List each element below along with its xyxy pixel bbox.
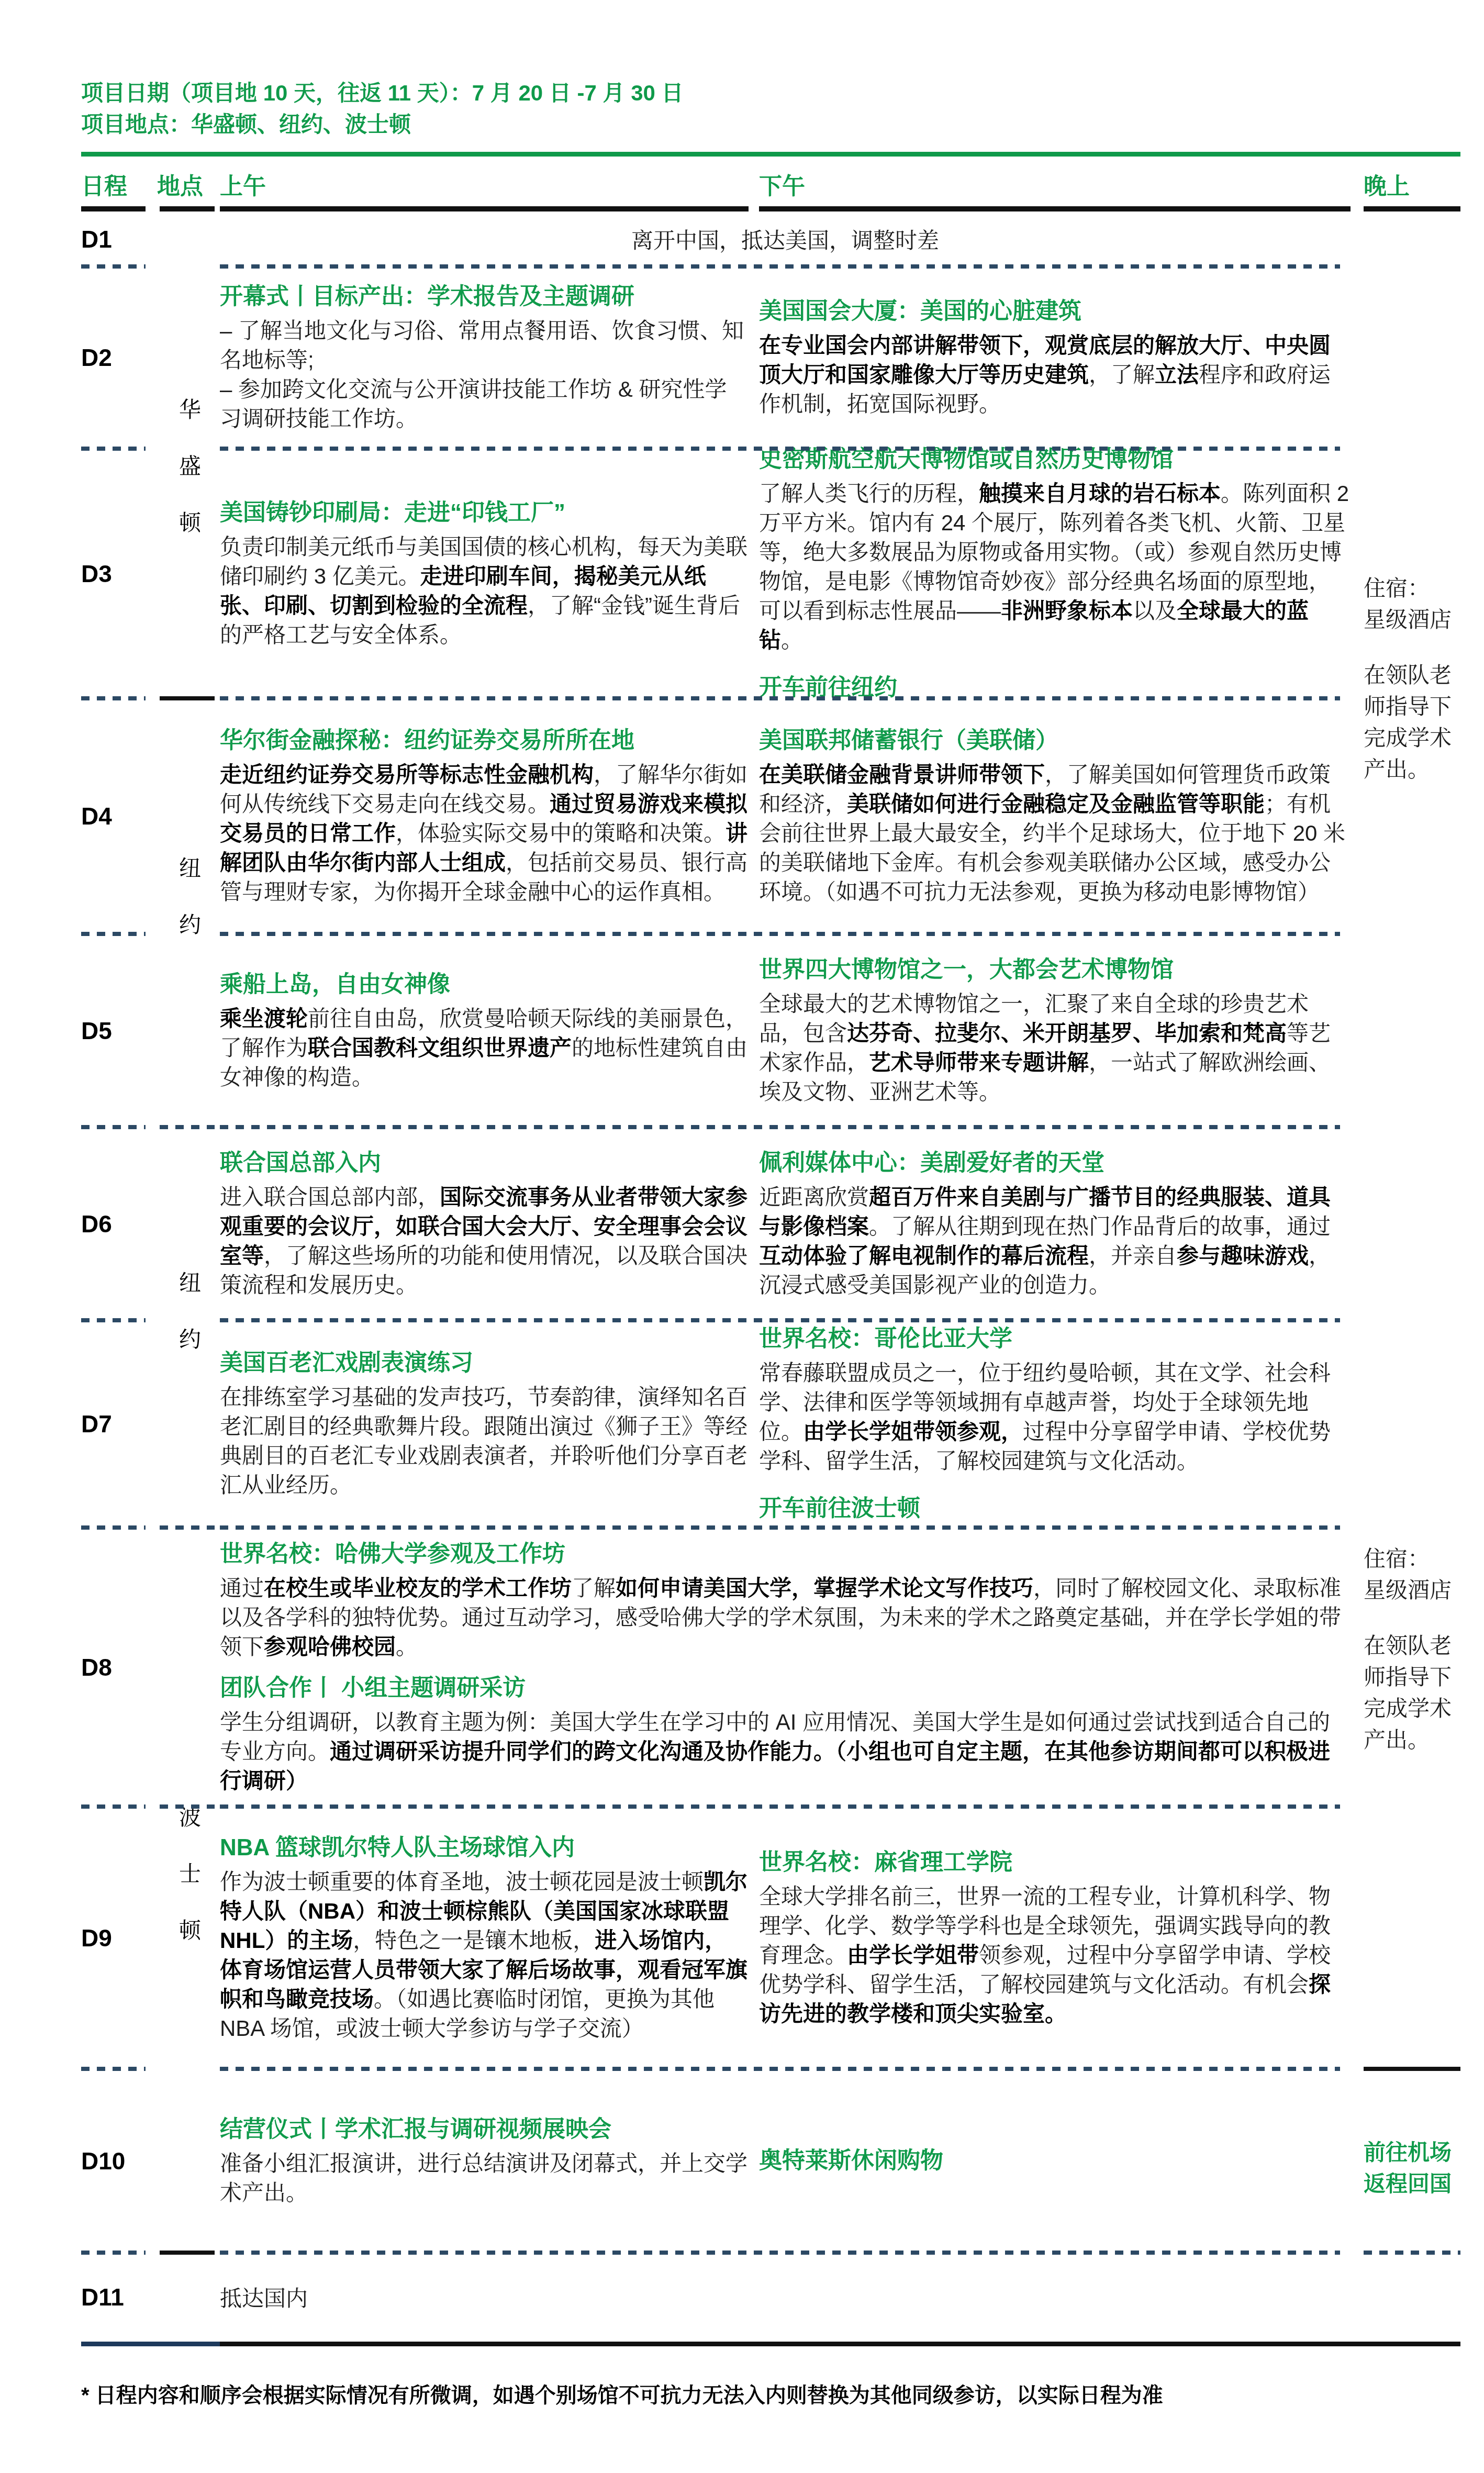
activity-title: 世界名校：哥伦比亚大学 <box>759 1324 1351 1354</box>
activity-body: 学生分组调研，以教育主题为例：美国大学生在学习中的 AI 应用情况、美国大学生是… <box>220 1708 1351 1796</box>
activity-body: 在专业国会内部讲解带领下，观赏底层的解放大厅、中央圆顶大厅和国家雕像大厅等历史建… <box>759 331 1351 419</box>
paragraph: – 参加跨文化交流与公开演讲技能工作坊 & 研究性学习调研技能工作坊。 <box>220 375 749 433</box>
d6-morning-cell: 联合国总部入内 进入联合国总部内部，国际交流事务从业者带领大家参观重要的会议厅，… <box>220 1127 749 1320</box>
lodging-note: 住宿：星级酒店 <box>1364 573 1460 636</box>
d3-afternoon-cell: 史密斯航空航天博物馆或自然历史博物馆 了解人类飞行的历程，触摸来自月球的岩石标本… <box>759 449 1351 698</box>
dash-segment <box>220 447 1340 451</box>
activity-body: 乘坐渡轮前往自由岛，欣赏曼哈顿天际线的美丽景色，了解作为联合国教科文组织世界遗产… <box>220 1004 749 1092</box>
day-label-d10: D10 <box>81 2069 157 2253</box>
table-body: D1 D2 D3 D4 D5 D6 D7 D8 D9 D10 D11 华盛顿 纽… <box>81 211 1460 2342</box>
location-label: 纽约 <box>177 856 199 970</box>
dash-segment <box>1364 2251 1460 2255</box>
paragraph: – 了解当地文化与习俗、常用点餐用语、饮食习惯、知名地标等; <box>220 316 749 375</box>
day-label-d9: D9 <box>81 1807 157 2069</box>
row-separator-d3-d4 <box>81 696 1460 700</box>
activity-title: 美国百老汇戏剧表演练习 <box>220 1348 749 1378</box>
location-group-divider <box>160 696 215 700</box>
dash-segment <box>81 2067 146 2071</box>
activity-body: 常春藤联盟成员之一，位于纽约曼哈顿，其在文学、社会科学、法律和医学等领域拥有卓越… <box>759 1358 1351 1476</box>
day-label-d6: D6 <box>81 1127 157 1320</box>
activity-title: 团队合作丨 小组主题调研采访 <box>220 1673 1351 1703</box>
d9-morning-cell: NBA 篮球凯尔特人队主场球馆入内 作为波士顿重要的体育圣地，波士顿花园是波士顿… <box>220 1807 749 2069</box>
column-header-day: 日程 <box>81 168 157 201</box>
d5-morning-cell: 乘船上岛，自由女神像 乘坐渡轮前往自由岛，欣赏曼哈顿天际线的美丽景色，了解作为联… <box>220 934 749 1127</box>
dash-segment <box>160 1804 215 1809</box>
dash-segment <box>81 1125 146 1129</box>
row-separator-d8-d9 <box>81 1804 1460 1809</box>
activity-title: 美国铸钞印刷局：走进“印钱工厂” <box>220 498 749 528</box>
table-top-rule <box>81 152 1460 157</box>
day-label-d7: D7 <box>81 1320 157 1528</box>
dash-segment <box>160 1125 215 1129</box>
evening-block-d2-d7: 住宿：星级酒店 在领队老师指导下完成学术产出。 <box>1364 266 1460 1528</box>
d2-morning-cell: 开幕式丨目标产出：学术报告及主题调研 – 了解当地文化与习俗、常用点餐用语、饮食… <box>220 266 749 449</box>
column-header-location: 地点 <box>157 168 220 201</box>
itinerary-table: 日程 地点 上午 下午 晚上 D1 D2 D3 D4 D5 D6 D7 D8 D… <box>81 152 1460 2346</box>
d6-afternoon-cell: 佩利媒体中心：美剧爱好者的天堂 近距离欣赏超百万件来自美剧与广播节目的经典服装、… <box>759 1127 1351 1320</box>
airport-transfer-note: 前往机场返程回国 <box>1364 2137 1460 2200</box>
dash-segment <box>220 932 1340 936</box>
dash-segment <box>160 1525 215 1530</box>
day-label-d8: D8 <box>81 1528 157 1807</box>
day-label-d4: D4 <box>81 698 157 934</box>
dash-segment <box>81 264 146 269</box>
column-header-afternoon: 下午 <box>759 168 1351 201</box>
activity-title: 佩利媒体中心：美剧爱好者的天堂 <box>759 1148 1351 1178</box>
activity-body: 进入联合国总部内部，国际交流事务从业者带领大家参观重要的会议厅，如联合国大会大厅… <box>220 1183 749 1300</box>
paragraph: 全球大学排名前三，世界一流的工程专业，计算机科学、物理学、化学、数学等学科也是全… <box>759 1882 1351 2029</box>
header-underline-day <box>81 206 146 211</box>
d4-morning-cell: 华尔街金融探秘：纽约证券交易所所在地 走近纽约证券交易所等标志性金融机构，了解华… <box>220 698 749 934</box>
paragraph: 作为波士顿重要的体育圣地，波士顿花园是波士顿凯尔特人队（NBA）和波士顿棕熊队（… <box>220 1867 749 2043</box>
activity-title: 奥特莱斯休闲购物 <box>759 2146 1351 2176</box>
activity-body: 作为波士顿重要的体育圣地，波士顿花园是波士顿凯尔特人队（NBA）和波士顿棕熊队（… <box>220 1867 749 2043</box>
location-label: 纽约 <box>177 1271 199 1384</box>
evening-group-divider <box>1364 2067 1460 2071</box>
activity-title: 世界四大博物馆之一，大都会艺术博物馆 <box>759 955 1351 985</box>
paragraph: 了解人类飞行的历程，触摸来自月球的岩石标本。陈列面积 2 万平方米。馆内有 24… <box>759 479 1351 655</box>
project-locations: 项目地点：华盛顿、纽约、波士顿 <box>81 109 684 140</box>
location-group-washington: 华盛顿 <box>157 266 220 698</box>
d7-afternoon-cell: 世界名校：哥伦比亚大学 常春藤联盟成员之一，位于纽约曼哈顿，其在文学、社会科学、… <box>759 1320 1351 1528</box>
bottom-rule-left <box>81 2342 220 2346</box>
day-label-d2: D2 <box>81 266 157 449</box>
activity-body: 在排练室学习基础的发声技巧，节奏韵律，演绎知名百老汇剧目的经典歌舞片段。跟随出演… <box>220 1383 749 1500</box>
dash-segment <box>81 696 146 700</box>
day-label-d11: D11 <box>81 2253 157 2342</box>
column-header-morning: 上午 <box>220 168 749 201</box>
paragraph: 通过在校生或毕业校友的学术工作坊了解如何申请美国大学，掌握学术论文写作技巧，同时… <box>220 1574 1351 1662</box>
activity-title: 美国国会大厦：美国的心脏建筑 <box>759 296 1351 327</box>
project-dates: 项目日期（项目地 10 天，往返 11 天）：7 月 20 日 -7 月 30 … <box>81 77 684 109</box>
d10-afternoon-cell: 奥特莱斯休闲购物 <box>759 2069 1351 2253</box>
activity-title: NBA 篮球凯尔特人队主场球馆入内 <box>220 1833 749 1863</box>
paragraph: 学生分组调研，以教育主题为例：美国大学生在学习中的 AI 应用情况、美国大学生是… <box>220 1708 1351 1796</box>
lodging-note: 住宿：星级酒店 <box>1364 1543 1460 1606</box>
dash-segment <box>81 1318 146 1322</box>
table-bottom-rule <box>81 2342 1460 2346</box>
header-underline-afternoon <box>759 206 1351 211</box>
d2-afternoon-cell: 美国国会大厦：美国的心脏建筑 在专业国会内部讲解带领下，观赏底层的解放大厅、中央… <box>759 266 1351 449</box>
evening-block-d8-d9: 住宿：星级酒店 在领队老师指导下完成学术产出。 <box>1364 1528 1460 2069</box>
paragraph: 在专业国会内部讲解带领下，观赏底层的解放大厅、中央圆顶大厅和国家雕像大厅等历史建… <box>759 331 1351 419</box>
row-separator-d5-d6 <box>81 1125 1460 1129</box>
academic-output-note: 在领队老师指导下完成学术产出。 <box>1364 660 1460 785</box>
activity-title: 开幕式丨目标产出：学术报告及主题调研 <box>220 282 749 312</box>
dash-segment <box>220 2251 1340 2255</box>
paragraph: 近距离欣赏超百万件来自美剧与广播节目的经典服装、道具与影像档案。了解从往期到现在… <box>759 1183 1351 1300</box>
paragraph: 走近纽约证券交易所等标志性金融机构，了解华尔街如何从传统线下交易走向在线交易。通… <box>220 760 749 907</box>
activity-title: 联合国总部入内 <box>220 1148 749 1178</box>
paragraph: 常春藤联盟成员之一，位于纽约曼哈顿，其在文学、社会科学、法律和医学等领域拥有卓越… <box>759 1358 1351 1476</box>
row-separator-d4-d5 <box>81 932 1460 936</box>
location-group-boston: 波士顿 <box>157 1528 220 2253</box>
d1-note: 离开中国，抵达美国，调整时差 <box>220 211 1351 266</box>
paragraph: 负责印制美元纸币与美国国债的核心机构，每天为美联储印刷约 3 亿美元。走进印刷车… <box>220 532 749 650</box>
activity-body: 在美联储金融背景讲师带领下，了解美国如何管理货币政策和经济，美联储如何进行金融稳… <box>759 760 1351 907</box>
dash-segment <box>220 1525 1340 1530</box>
paragraph: 进入联合国总部内部，国际交流事务从业者带领大家参观重要的会议厅，如联合国大会大厅… <box>220 1183 749 1300</box>
paragraph: 准备小组汇报演讲，进行总结演讲及闭幕式，并上交学术产出。 <box>220 2149 749 2208</box>
activity-title: 世界名校：麻省理工学院 <box>759 1847 1351 1878</box>
transfer-note: 开车前往波士顿 <box>759 1494 1351 1524</box>
column-header-evening: 晚上 <box>1364 168 1460 201</box>
activity-body: 全球大学排名前三，世界一流的工程专业，计算机科学、物理学、化学、数学等学科也是全… <box>759 1882 1351 2029</box>
activity-body: 通过在校生或毕业校友的学术工作坊了解如何申请美国大学，掌握学术论文写作技巧，同时… <box>220 1574 1351 1662</box>
dash-segment <box>81 932 146 936</box>
dash-segment <box>220 264 1340 269</box>
table-header-row: 日程 地点 上午 下午 晚上 <box>81 157 1460 211</box>
day-label-d3: D3 <box>81 449 157 698</box>
activity-title: 结营仪式丨学术汇报与调研视频展映会 <box>220 2114 749 2145</box>
location-label: 波士顿 <box>177 1806 199 1975</box>
header-underline-morning <box>220 206 749 211</box>
header-underline-location <box>160 206 215 211</box>
row-separator-d9-d10 <box>81 2067 1460 2071</box>
evening-block-d10: 前往机场返程回国 <box>1364 2069 1460 2253</box>
row-separator-d6-d7 <box>81 1318 1460 1322</box>
paragraph: 全球最大的艺术博物馆之一，汇聚了来自全球的珍贵艺术品，包含达芬奇、拉斐尔、米开朗… <box>759 989 1351 1107</box>
activity-body: – 了解当地文化与习俗、常用点餐用语、饮食习惯、知名地标等;– 参加跨文化交流与… <box>220 316 749 433</box>
dash-segment <box>220 696 1340 700</box>
itinerary-document: 项目日期（项目地 10 天，往返 11 天）：7 月 20 日 -7 月 30 … <box>0 0 1484 2473</box>
dash-segment <box>81 2251 146 2255</box>
day-label-d5: D5 <box>81 934 157 1127</box>
document-header: 项目日期（项目地 10 天，往返 11 天）：7 月 20 日 -7 月 30 … <box>81 77 684 140</box>
location-group-newyork-1: 纽约 <box>157 698 220 1127</box>
paragraph: 在排练室学习基础的发声技巧，节奏韵律，演绎知名百老汇剧目的经典歌舞片段。跟随出演… <box>220 1383 749 1500</box>
d11-note: 抵达国内 <box>220 2253 749 2342</box>
academic-output-note: 在领队老师指导下完成学术产出。 <box>1364 1630 1460 1756</box>
dash-segment <box>220 1318 1340 1322</box>
activity-body: 走近纽约证券交易所等标志性金融机构，了解华尔街如何从传统线下交易走向在线交易。通… <box>220 760 749 907</box>
location-group-divider <box>160 2251 215 2255</box>
row-separator-d2-d3 <box>81 447 1460 451</box>
activity-body: 准备小组汇报演讲，进行总结演讲及闭幕式，并上交学术产出。 <box>220 2149 749 2208</box>
row-separator-d7-d8 <box>81 1525 1460 1530</box>
dash-segment <box>220 1804 1340 1809</box>
d7-morning-cell: 美国百老汇戏剧表演练习 在排练室学习基础的发声技巧，节奏韵律，演绎知名百老汇剧目… <box>220 1320 749 1528</box>
bottom-rule-main <box>220 2342 1460 2346</box>
dash-segment <box>220 2067 1340 2071</box>
dash-segment <box>81 447 146 451</box>
dash-segment <box>81 1525 146 1530</box>
row-separator-d1-d2 <box>81 264 1460 269</box>
dash-segment <box>81 1804 146 1809</box>
d10-morning-cell: 结营仪式丨学术汇报与调研视频展映会 准备小组汇报演讲，进行总结演讲及闭幕式，并上… <box>220 2069 749 2253</box>
location-label: 华盛顿 <box>177 398 199 567</box>
location-group-newyork-2: 纽约 <box>157 1127 220 1528</box>
d4-afternoon-cell: 美国联邦储蓄银行（美联储） 在美联储金融背景讲师带领下，了解美国如何管理货币政策… <box>759 698 1351 934</box>
activity-title: 美国联邦储蓄银行（美联储） <box>759 726 1351 756</box>
d9-afternoon-cell: 世界名校：麻省理工学院 全球大学排名前三，世界一流的工程专业，计算机科学、物理学… <box>759 1807 1351 2069</box>
day-label-d1: D1 <box>81 211 157 266</box>
footnote: * 日程内容和顺序会根据实际情况有所微调，如遇个别场馆不可抗力无法入内则替换为其… <box>81 2381 1421 2410</box>
activity-title: 世界名校：哈佛大学参观及工作坊 <box>220 1539 1351 1569</box>
paragraph: 乘坐渡轮前往自由岛，欣赏曼哈顿天际线的美丽景色，了解作为联合国教科文组织世界遗产… <box>220 1004 749 1092</box>
header-underline-evening <box>1364 206 1460 211</box>
activity-body: 近距离欣赏超百万件来自美剧与广播节目的经典服装、道具与影像档案。了解从往期到现在… <box>759 1183 1351 1300</box>
paragraph: 在美联储金融背景讲师带领下，了解美国如何管理货币政策和经济，美联储如何进行金融稳… <box>759 760 1351 907</box>
d3-morning-cell: 美国铸钞印刷局：走进“印钱工厂” 负责印制美元纸币与美国国债的核心机构，每天为美… <box>220 449 749 698</box>
activity-body: 全球最大的艺术博物馆之一，汇聚了来自全球的珍贵艺术品，包含达芬奇、拉斐尔、米开朗… <box>759 989 1351 1107</box>
d8-fullwidth-cell: 世界名校：哈佛大学参观及工作坊 通过在校生或毕业校友的学术工作坊了解如何申请美国… <box>220 1528 1351 1807</box>
d5-afternoon-cell: 世界四大博物馆之一，大都会艺术博物馆 全球最大的艺术博物馆之一，汇聚了来自全球的… <box>759 934 1351 1127</box>
activity-title: 华尔街金融探秘：纽约证券交易所所在地 <box>220 726 749 756</box>
activity-body: 负责印制美元纸币与美国国债的核心机构，每天为美联储印刷约 3 亿美元。走进印刷车… <box>220 532 749 650</box>
dash-segment <box>220 1125 1340 1129</box>
activity-body: 了解人类飞行的历程，触摸来自月球的岩石标本。陈列面积 2 万平方米。馆内有 24… <box>759 479 1351 655</box>
row-separator-d10-d11 <box>81 2251 1460 2255</box>
activity-title: 乘船上岛，自由女神像 <box>220 970 749 1000</box>
